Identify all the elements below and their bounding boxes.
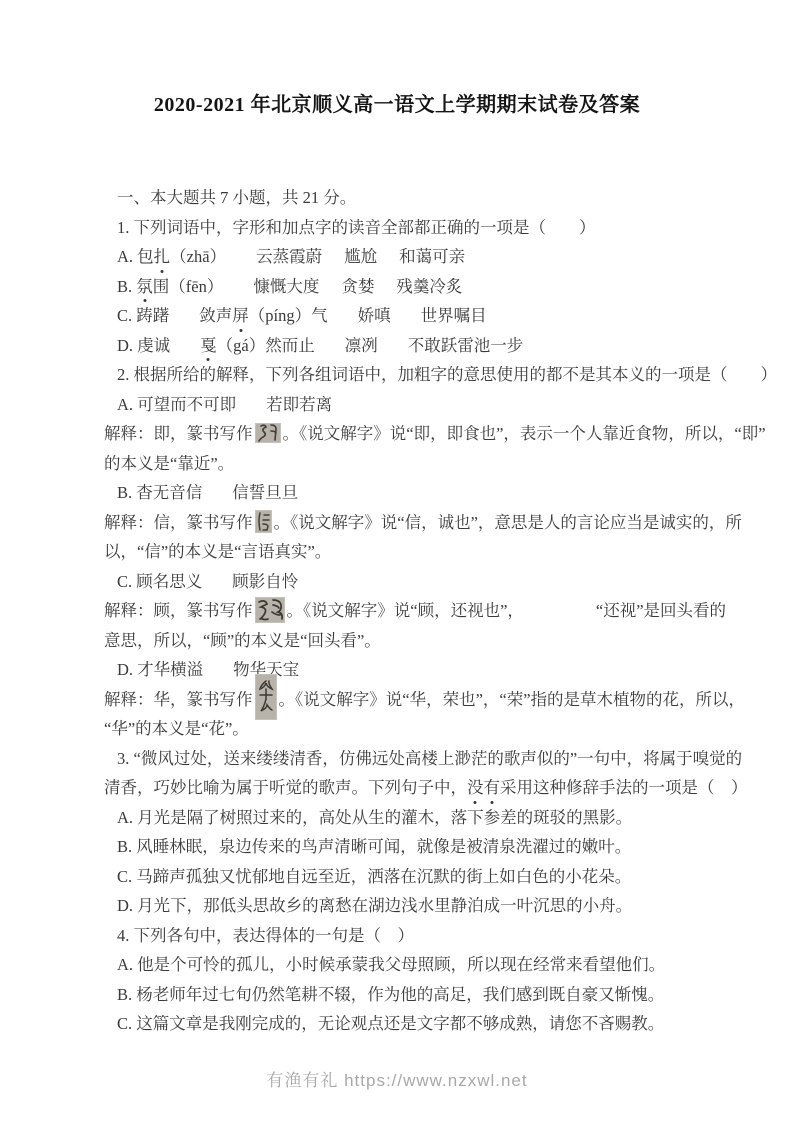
q3-stem-line1: 3. “微风过处，送来缕缕清香，仿佛远处高楼上渺茫的歌声似的”一句中，将属于嗅觉… <box>104 744 764 774</box>
word-gap <box>315 350 345 351</box>
word-gap <box>391 320 421 321</box>
footer-watermark-link[interactable]: 有渔有礼 https://www.nzxwl.net <box>266 1071 527 1090</box>
q2-explanation-hua-line1: 解释：华，篆书写作。《说文解字》说“华，荣也”，“荣”指的是草木植物的花，所以， <box>104 685 764 715</box>
q2-option-a: A. 可望而不可即若即若离 <box>104 390 764 420</box>
option-text: 凛冽 <box>345 336 378 355</box>
option-text: 和蔼可亲 <box>399 247 465 266</box>
option-text: C. 踌躇 <box>117 306 169 325</box>
q1-option-c: C. 踌躇敛声屏（píng）气娇嗔世界嘱目 <box>104 301 764 331</box>
q2-option-c: C. 顾名思义顾影自怜 <box>104 567 764 597</box>
word-gap <box>202 497 232 498</box>
word-gap <box>319 291 341 292</box>
option-text: 贪婪 <box>341 277 374 296</box>
seal-script-ji-image <box>255 423 281 443</box>
option-text: 云蒸霞蔚 <box>256 247 322 266</box>
q2-explanation-hua-line2: “华”的本义是“花”。 <box>104 714 764 744</box>
q1-option-b: B. 氛围（fēn）慷慨大度贪婪残羹冷炙 <box>104 272 764 302</box>
q2-option-b: B. 杳无音信信誓旦旦 <box>104 478 764 508</box>
explanation-text: “还视”是回头看的 <box>596 601 726 620</box>
stem-text: 采用这种修辞手法的一项是（ ） <box>500 778 748 797</box>
stem-text: 清香，巧妙比喻为属于听觉的歌声。下列句子中， <box>104 778 467 797</box>
dotted-char: 没 <box>467 773 484 803</box>
q2-explanation-ji-line1: 解释：即，篆书写作。《说文解字》说“即，即食也”，表示一个人靠近食物，所以，“即… <box>104 419 764 449</box>
word-gap <box>377 261 399 262</box>
option-text: 娇嗔 <box>358 306 391 325</box>
word-gap <box>374 291 396 292</box>
word-gap <box>223 291 253 292</box>
word-gap <box>169 320 199 321</box>
section-heading: 一、本大题共 7 小题，共 21 分。 <box>104 183 764 213</box>
word-gap <box>236 409 266 410</box>
option-text: 世界嘱目 <box>421 306 487 325</box>
option-text: （gá）然而止 <box>217 336 315 355</box>
option-text: 若即若离 <box>266 395 332 414</box>
option-text: 慷慨大度 <box>253 277 319 296</box>
q2-explanation-xin-line1: 解释：信，篆书写作。《说文解字》说“信，诚也”，意思是人的言论应当是诚实的，所 <box>104 508 764 538</box>
option-text: 敛声 <box>199 306 232 325</box>
q2-explanation-xin-line2: 以，“信”的本义是“言语真实”。 <box>104 537 764 567</box>
option-text: （píng）气 <box>249 306 328 325</box>
option-text: B. 杳无音信 <box>117 483 202 502</box>
q1-stem: 1. 下列词语中，字形和加点字的读音全部都正确的一项是（ ） <box>104 213 764 243</box>
q2-stem: 2. 根据所给的解释，下列各组词语中，加粗字的意思使用的都不是其本义的一项是（ … <box>104 360 764 390</box>
q4-option-c: C. 这篇文章是我刚完成的，无论观点还是文字都不够成熟，请您不吝赐教。 <box>104 1009 764 1039</box>
explanation-text: 解释：即，篆书写作 <box>104 424 253 443</box>
exam-content: 一、本大题共 7 小题，共 21 分。 1. 下列词语中，字形和加点字的读音全部… <box>104 183 764 1039</box>
q3-option-b: B. 风睡林眠，泉边传来的鸟声清晰可闻，就像是被清泉洗濯过的嫩叶。 <box>104 832 764 862</box>
option-text: 信誓旦旦 <box>232 483 298 502</box>
word-gap <box>226 261 256 262</box>
seal-script-gu-image <box>255 597 285 623</box>
page-footer: 有渔有礼 https://www.nzxwl.net <box>0 1066 794 1091</box>
option-text: 尴尬 <box>344 247 377 266</box>
q3-option-d: D. 月光下，那低头思故乡的离愁在湖边浅水里静泊成一叶沉思的小舟。 <box>104 891 764 921</box>
option-text: 顾影自怜 <box>232 572 298 591</box>
seal-script-hua-image <box>255 689 277 709</box>
q1-option-d: D. 虔诚戛（gá）然而止凛冽不敢跃雷池一步 <box>104 331 764 361</box>
word-gap <box>378 350 408 351</box>
option-text: A. 包 <box>117 247 154 266</box>
explanation-text: 解释：信，篆书写作 <box>104 513 253 532</box>
option-text: C. 顾名思义 <box>117 572 202 591</box>
q3-stem-line2: 清香，巧妙比喻为属于听觉的歌声。下列句子中，没有采用这种修辞手法的一项是（ ） <box>104 773 764 803</box>
dotted-char: 戛 <box>200 331 217 361</box>
option-text: 不敢跃雷池一步 <box>408 336 524 355</box>
explanation-text: 。《说文解字》说“顾，还视也”， <box>287 601 524 620</box>
option-text: D. 虔诚 <box>117 336 170 355</box>
dotted-char: 有 <box>484 773 501 803</box>
explanation-text: 。《说文解字》说“即，即食也”，表示一个人靠近食物，所以，“即” <box>283 424 766 443</box>
q2-explanation-gu-line2: 意思，所以，“顾”的本义是“回头看”。 <box>104 626 764 656</box>
option-text: 残羹冷炙 <box>396 277 462 296</box>
explanation-text: 。《说文解字》说“信，诚也”，意思是人的言论应当是诚实的，所 <box>274 513 742 532</box>
q3-option-a: A. 月光是隔了树照过来的，高处从生的灌木，落下参差的斑驳的黑影。 <box>104 803 764 833</box>
q2-explanation-gu-line1: 解释：顾，篆书写作。《说文解字》说“顾，还视也”，“还视”是回头看的 <box>104 596 764 626</box>
explanation-text: 解释：顾，篆书写作 <box>104 601 253 620</box>
q2-option-d: D. 才华横溢物华天宝 <box>104 655 764 685</box>
page-title: 2020-2021 年北京顺义高一语文上学期期末试卷及答案 <box>0 88 794 117</box>
dotted-char: 氛 <box>136 272 153 302</box>
word-gap <box>203 674 233 675</box>
word-gap <box>202 586 232 587</box>
q4-option-a: A. 他是个可怜的孤儿，小时候承蒙我父母照顾，所以现在经常来看望他们。 <box>104 950 764 980</box>
dotted-char: 扎 <box>154 242 171 272</box>
blank-space <box>524 615 596 616</box>
explanation-text: 。《说文解字》说“华，荣也”，“荣”指的是草木植物的花，所以， <box>279 690 746 709</box>
dotted-char: 屏 <box>232 301 249 331</box>
option-text: 围（fēn） <box>153 277 224 296</box>
q3-option-c: C. 马蹄声孤独又忧郁地自远至近，洒落在沉默的街上如白色的小花朵。 <box>104 862 764 892</box>
word-gap <box>322 261 344 262</box>
q1-option-a: A. 包扎（zhā）云蒸霞蔚尴尬和蔼可亲 <box>104 242 764 272</box>
q2-explanation-ji-line2: 的本义是“靠近”。 <box>104 449 764 479</box>
q4-option-b: B. 杨老师年过七旬仍然笔耕不辍，作为他的高足，我们感到既自豪又惭愧。 <box>104 980 764 1010</box>
seal-script-xin-image <box>255 510 272 533</box>
option-text: （zhā） <box>170 247 226 266</box>
option-text: A. 可望而不可即 <box>117 395 236 414</box>
explanation-text: 解释：华，篆书写作 <box>104 690 253 709</box>
option-text: D. 才华横溢 <box>117 660 203 679</box>
word-gap <box>328 320 358 321</box>
option-text: B. <box>117 277 136 296</box>
word-gap <box>170 350 200 351</box>
q4-stem: 4. 下列各句中，表达得体的一句是（ ） <box>104 921 764 951</box>
